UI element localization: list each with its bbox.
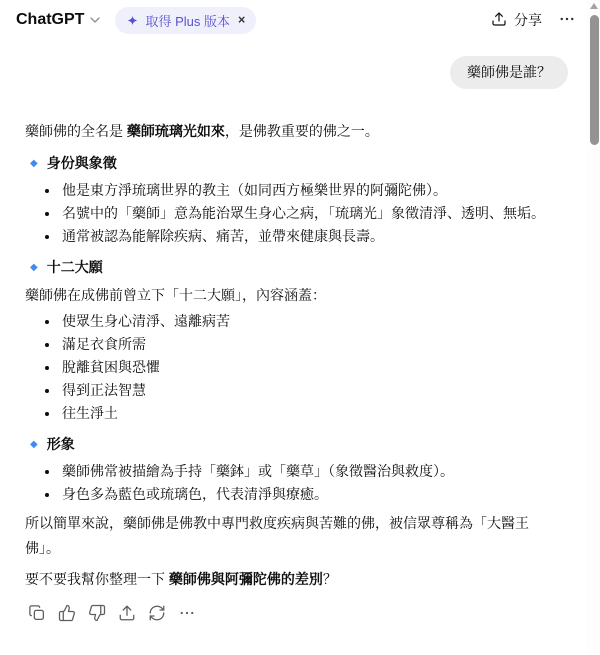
bullet-item: 名號中的「藥師」意為能治眾生身心之病，「琉璃光」象徵清淨、透明、無垢。 — [60, 202, 568, 225]
small-blue-diamond-icon: ◆ — [30, 440, 38, 450]
message-actions-toolbar — [26, 602, 568, 624]
regenerate-icon — [148, 604, 166, 622]
scrollbar[interactable] — [587, 0, 600, 655]
scrollbar-thumb[interactable] — [590, 15, 599, 145]
share-message-button[interactable] — [116, 602, 138, 624]
model-switcher[interactable]: ChatGPT — [16, 11, 103, 29]
section-heading: ◆ 身份與象徵 — [25, 151, 568, 176]
bullet-item: 使眾生身心清淨、遠離病苦 — [60, 310, 568, 333]
share-button[interactable]: 分享 — [491, 10, 542, 30]
bullet-item: 身色多為藍色或琉璃色，代表清淨與療癒。 — [60, 483, 568, 506]
bullet-list: 他是東方淨琉璃世界的教主（如同西方極樂世界的阿彌陀佛）。 名號中的「藥師」意為能… — [25, 179, 568, 248]
thumbs-down-icon — [88, 604, 106, 622]
scroll-up-arrow-icon[interactable] — [590, 3, 598, 9]
section-lead: 藥師佛在成佛前曾立下「十二大願」，內容涵蓋： — [25, 283, 568, 308]
bullet-item: 通常被認為能解除疾病、痛苦，並帶來健康與長壽。 — [60, 225, 568, 248]
thumbs-up-icon — [58, 604, 76, 622]
copy-icon — [28, 604, 46, 622]
share-label: 分享 — [514, 10, 542, 30]
section-heading-label: 形象 — [47, 432, 75, 457]
assistant-message: 藥師佛的全名是 藥師琉璃光如來，是佛教重要的佛之一。 ◆ 身份與象徵 他是東方淨… — [25, 119, 568, 624]
conversation-more-button[interactable] — [558, 10, 576, 31]
regenerate-button[interactable] — [146, 602, 168, 624]
section-heading: ◆ 十二大願 — [25, 255, 568, 280]
summary-paragraph: 所以簡單來說，藥師佛是佛教中專門救度疾病與苦難的佛，被信眾尊稱為「大醫王佛」。 — [25, 511, 541, 561]
top-bar: ChatGPT 取得 Plus 版本 × 分享 — [0, 0, 600, 38]
bullet-list: 藥師佛常被描繪為手持「藥鉢」或「藥草」（象徵醫治與救度）。 身色多為藍色或琉璃色… — [25, 460, 568, 506]
share-icon — [118, 604, 136, 622]
bullet-item: 脫離貧困與恐懼 — [60, 356, 568, 379]
get-plus-button[interactable]: 取得 Plus 版本 × — [115, 7, 256, 34]
more-actions-button[interactable] — [176, 602, 198, 624]
intro-paragraph: 藥師佛的全名是 藥師琉璃光如來，是佛教重要的佛之一。 — [25, 119, 568, 144]
section-heading: ◆ 形象 — [25, 432, 568, 457]
bullet-list: 使眾生身心清淨、遠離病苦 滿足衣食所需 脫離貧困與恐懼 得到正法智慧 往生淨土 — [25, 310, 568, 425]
get-plus-label: 取得 Plus 版本 — [145, 11, 230, 30]
ellipsis-icon — [558, 10, 576, 31]
app-title: ChatGPT — [16, 11, 84, 29]
copy-button[interactable] — [26, 602, 48, 624]
chevron-down-icon — [87, 12, 103, 28]
bullet-item: 往生淨土 — [60, 402, 568, 425]
close-icon[interactable]: × — [238, 13, 245, 27]
share-icon — [491, 11, 507, 30]
bullet-item: 滿足衣食所需 — [60, 333, 568, 356]
ellipsis-icon — [178, 604, 196, 622]
sparkle-icon — [126, 14, 139, 27]
user-message-bubble: 藥師佛是誰？ — [450, 56, 568, 89]
bullet-item: 得到正法智慧 — [60, 379, 568, 402]
section-heading-label: 身份與象徵 — [47, 151, 117, 176]
bullet-item: 藥師佛常被描繪為手持「藥鉢」或「藥草」（象徵醫治與救度）。 — [60, 460, 568, 483]
small-blue-diamond-icon: ◆ — [30, 263, 38, 273]
section-heading-label: 十二大願 — [47, 255, 103, 280]
small-blue-diamond-icon: ◆ — [30, 159, 38, 169]
conversation-area: 藥師佛是誰？ 藥師佛的全名是 藥師琉璃光如來，是佛教重要的佛之一。 ◆ 身份與象… — [0, 56, 600, 624]
thumbs-down-button[interactable] — [86, 602, 108, 624]
bullet-item: 他是東方淨琉璃世界的教主（如同西方極樂世界的阿彌陀佛）。 — [60, 179, 568, 202]
followup-paragraph: 要不要我幫你整理一下 藥師佛與阿彌陀佛的差別？ — [25, 567, 568, 592]
thumbs-up-button[interactable] — [56, 602, 78, 624]
